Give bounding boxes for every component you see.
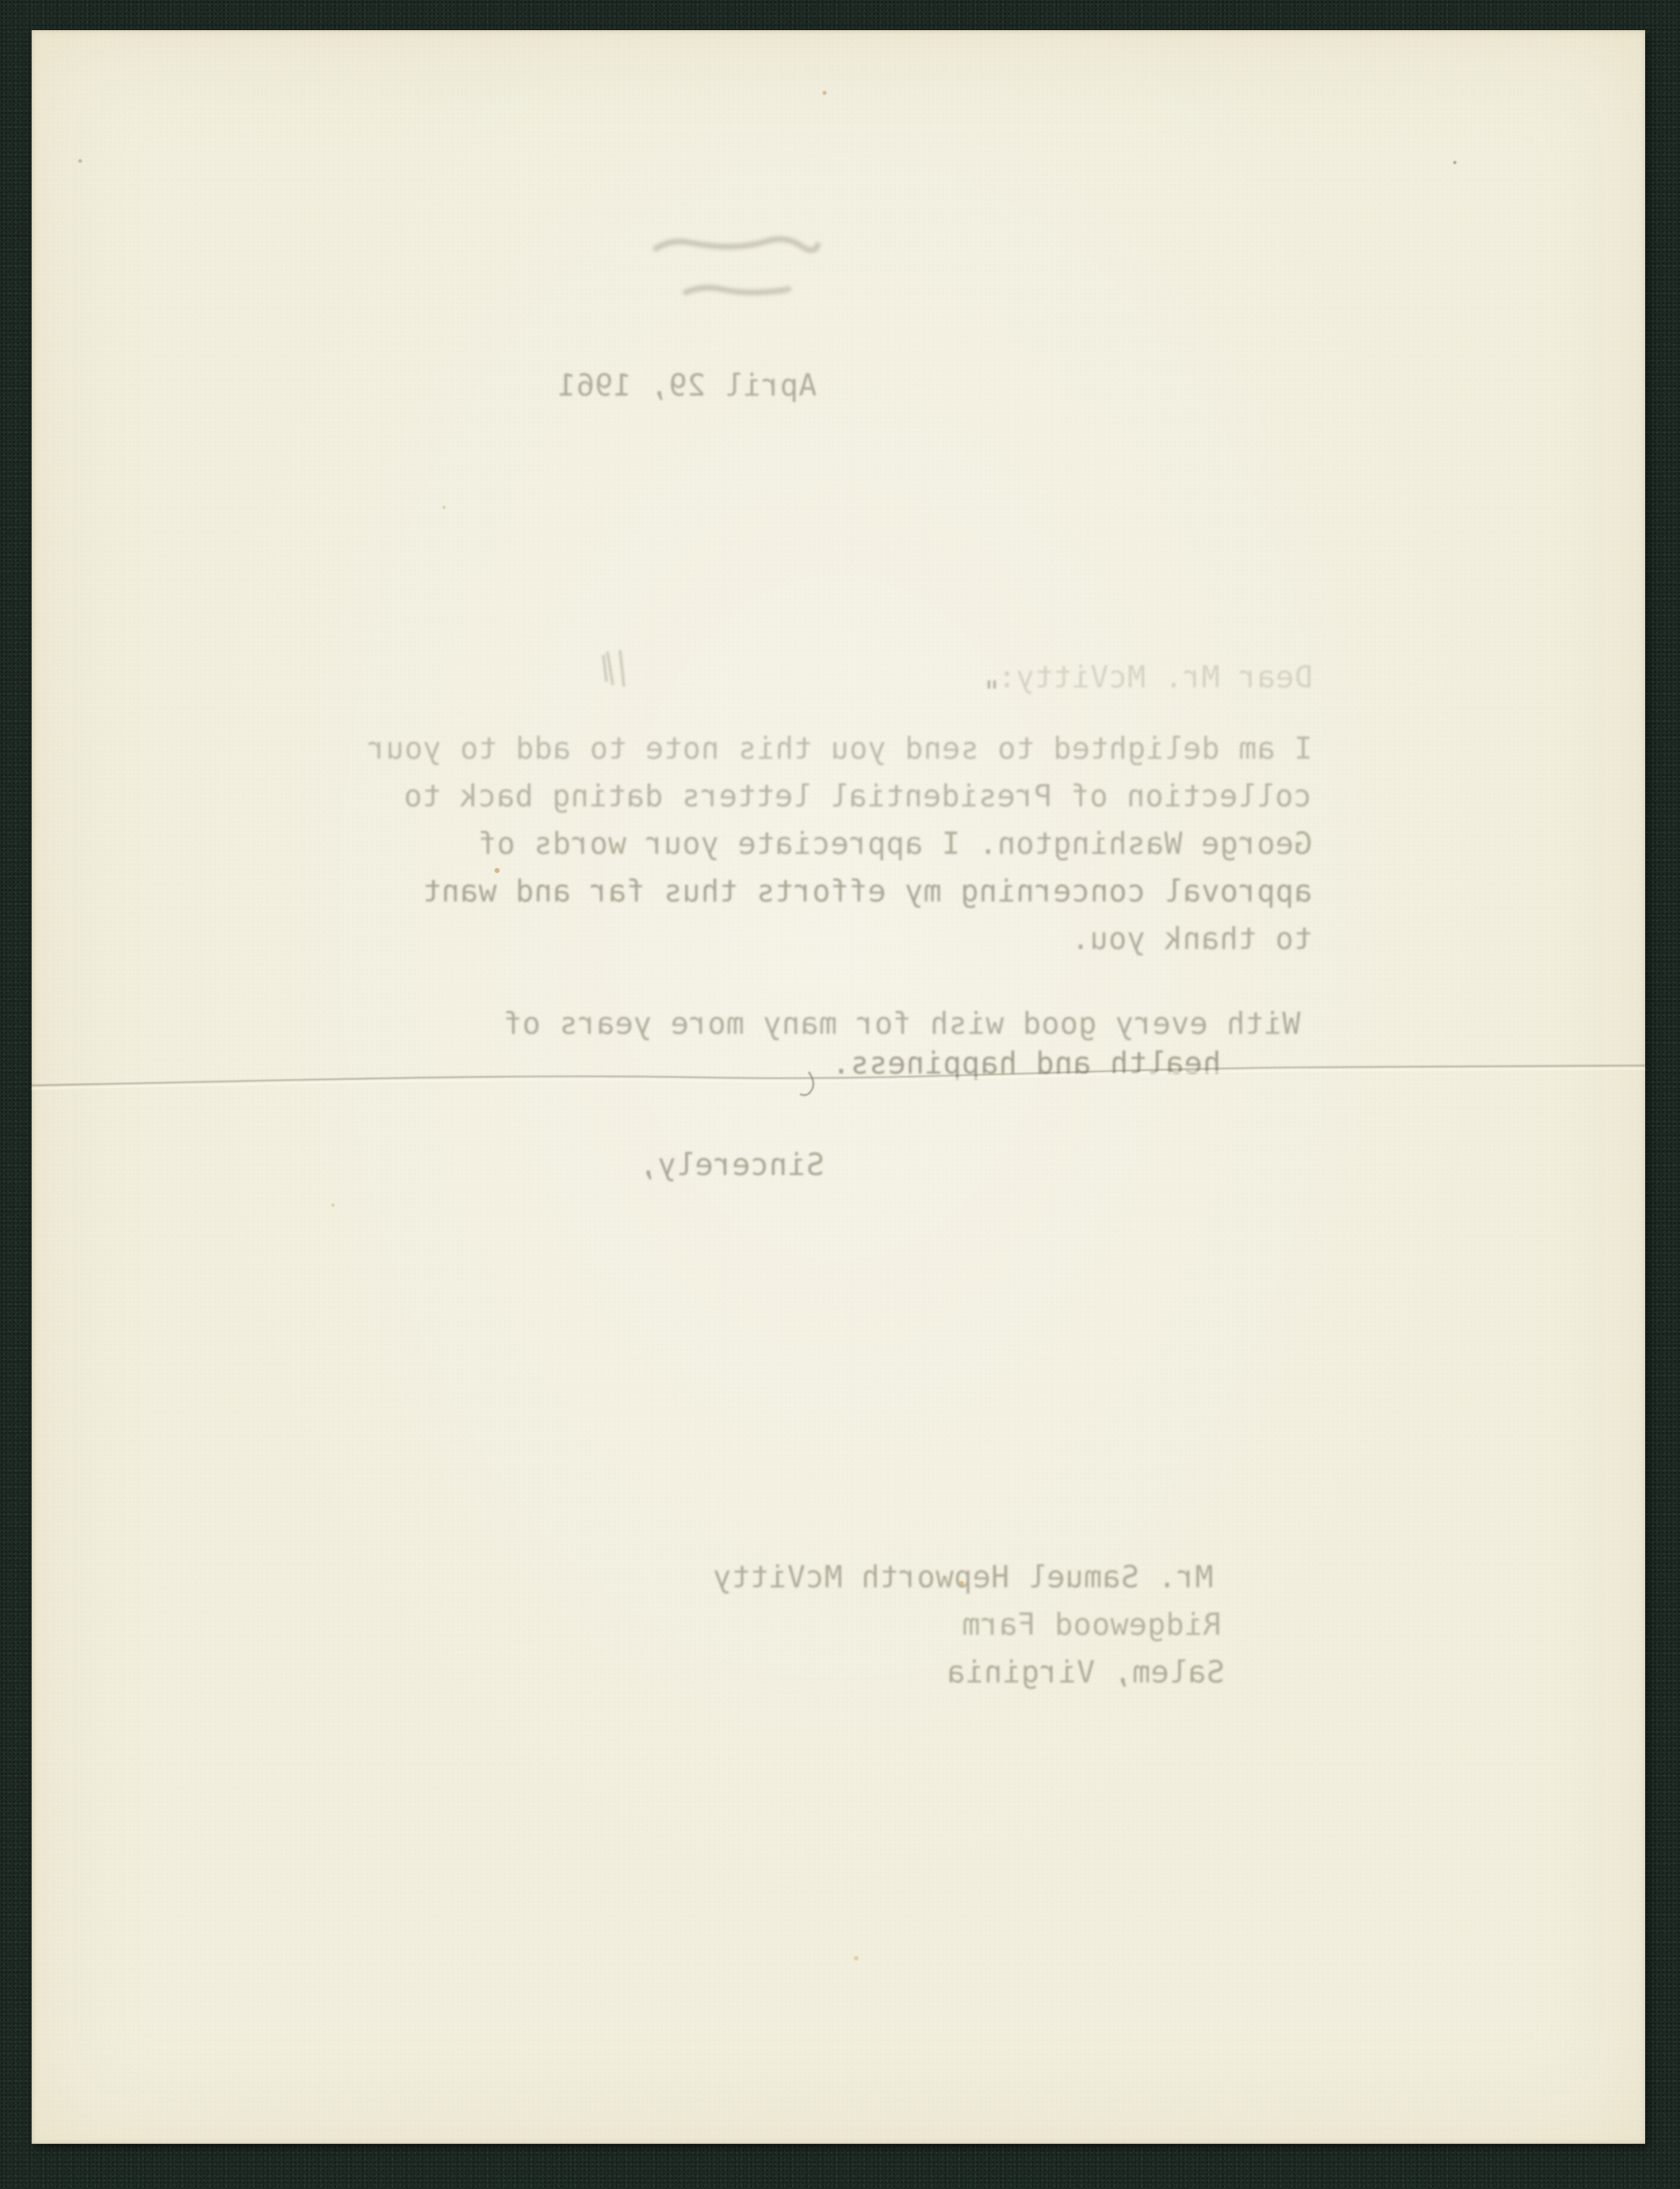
ghost-body-line: collection of Presidential letters datin…: [404, 779, 1312, 813]
ghost-body-line: With every good wish for many more years…: [503, 1007, 1300, 1040]
ghost-closing: Sincerely,: [639, 1148, 825, 1181]
ghost-address-line: Mr. Samuel Hepworth McVitty: [713, 1560, 1213, 1594]
letter-paper-verso: [32, 30, 1645, 2144]
ghost-stray-quote-mark: ": [982, 675, 1001, 709]
ghost-address-line: Ridgewood Farm: [962, 1608, 1221, 1641]
scan-background: April 29, 1961 Dear Mr. McVitty: " I am …: [0, 0, 1680, 2189]
ghost-address-line: Salem, Virginia: [947, 1655, 1225, 1689]
ghost-body-line: approval concerning my efforts thus far …: [423, 874, 1312, 908]
ghost-body-line: to thank you.: [1071, 922, 1312, 955]
ghost-body-line: George Washington. I appreciate your wor…: [478, 827, 1312, 860]
ghost-body-line: I am delighted to send you this note to …: [367, 732, 1312, 765]
ghost-body-line: health and happiness.: [832, 1047, 1221, 1080]
ghost-salutation: Dear Mr. McVitty:: [997, 660, 1312, 694]
ghost-date: April 29, 1961: [557, 369, 817, 402]
